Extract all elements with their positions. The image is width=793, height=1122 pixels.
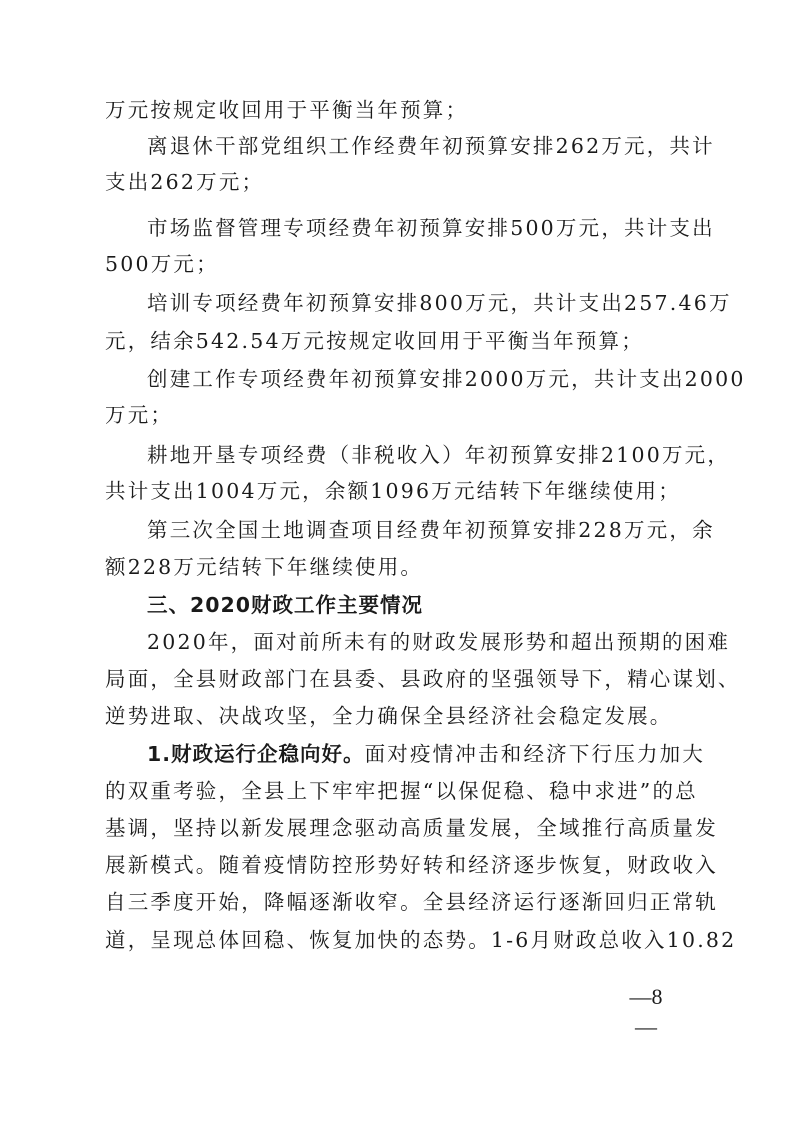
text-line: 离退休干部党组织工作经费年初预算安排262万元，共计 xyxy=(147,131,693,161)
text-line: 逆势进取、决战攻坚，全力确保全县经济社会稳定发展。 xyxy=(105,701,693,731)
text-line: 500万元； xyxy=(105,249,693,279)
text-line: 基调，坚持以新发展理念驱动高质量发展，全域推行高质量发 xyxy=(105,813,693,843)
section-heading: 三、2020财政工作主要情况 xyxy=(147,590,693,620)
text-run: 面对疫情冲击和经济下行压力加大 xyxy=(365,742,706,766)
text-line: 展新模式。随着疫情防控形势好转和经济逐步恢复，财政收入 xyxy=(105,850,693,880)
text-line: 道，呈现总体回稳、恢复加快的态势。1-6月财政总收入10.82 xyxy=(105,925,693,955)
text-line: 自三季度开始，降幅逐渐收窄。全县经济运行逐渐回归正常轨 xyxy=(105,887,693,917)
text-line: 的双重考验，全县上下牢牢把握“以保促稳、稳中求进”的总 xyxy=(105,776,693,806)
subsection-title: 1.财政运行企稳向好。 xyxy=(147,742,365,766)
document-page: 万元按规定收回用于平衡当年预算； 离退休干部党组织工作经费年初预算安排262万元… xyxy=(0,0,793,1122)
text-line: 万元按规定收回用于平衡当年预算； xyxy=(105,95,693,125)
text-line: 局面，全县财政部门在县委、县政府的坚强领导下，精心谋划、 xyxy=(105,664,693,694)
text-line: 支出262万元； xyxy=(105,167,693,197)
text-line: 万元； xyxy=(105,400,693,430)
page-number: —8— xyxy=(620,982,672,1012)
text-line: 元，结余542.54万元按规定收回用于平衡当年预算； xyxy=(105,326,693,356)
text-line: 额228万元结转下年继续使用。 xyxy=(105,552,693,582)
text-line: 2020年，面对前所未有的财政发展形势和超出预期的困难 xyxy=(147,627,693,657)
text-line: 市场监督管理专项经费年初预算安排500万元，共计支出 xyxy=(147,213,693,243)
text-line: 第三次全国土地调查项目经费年初预算安排228万元，余 xyxy=(147,515,693,545)
text-line: 1.财政运行企稳向好。面对疫情冲击和经济下行压力加大 xyxy=(147,739,693,769)
text-line: 耕地开垦专项经费（非税收入）年初预算安排2100万元， xyxy=(147,440,693,470)
text-line: 共计支出1004万元，余额1096万元结转下年继续使用； xyxy=(105,476,693,506)
text-line: 培训专项经费年初预算安排800万元，共计支出257.46万 xyxy=(147,288,693,318)
text-line: 创建工作专项经费年初预算安排2000万元，共计支出2000 xyxy=(147,364,693,394)
